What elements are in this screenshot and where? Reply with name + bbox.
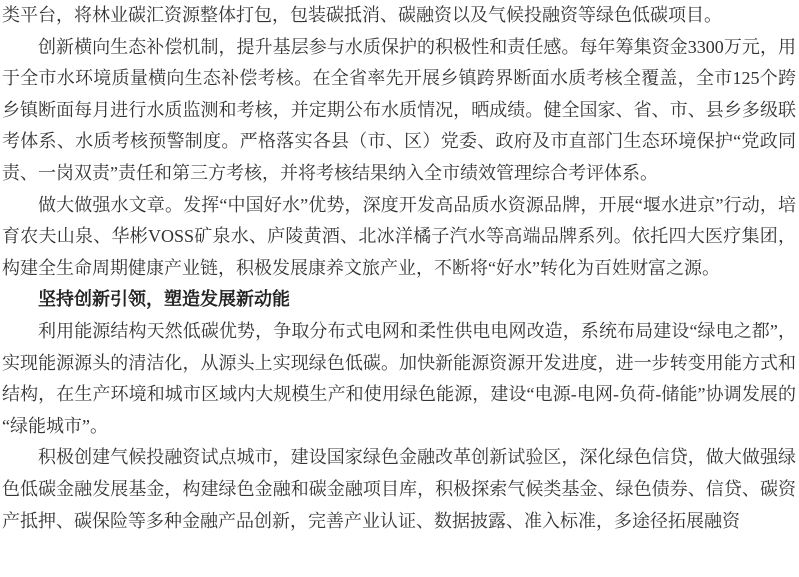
section-heading-innovation: 坚持创新引领，塑造发展新动能 (2, 284, 796, 316)
paragraph-green-energy: 利用能源结构天然低碳优势，争取分布式电网和柔性供电电网改造，系统布局建设“绿电之… (2, 316, 796, 442)
paragraph-water-industry: 做大做强水文章。发挥“中国好水”优势，深度开发高品质水资源品牌，开展“堰水进京”… (2, 190, 796, 285)
paragraph-carbon-platform-continuation: 类平台，将林业碳汇资源整体打包，包装碳抵消、碳融资以及气候投融资等绿色低碳项目。 (2, 0, 796, 32)
paragraph-green-finance: 积极创建气候投融资试点城市，建设国家绿色金融改革创新试验区，深化绿色信贷，做大做… (2, 442, 796, 537)
document-page: 类平台，将林业碳汇资源整体打包，包装碳抵消、碳融资以及气候投融资等绿色低碳项目。… (0, 0, 799, 577)
paragraph-eco-compensation: 创新横向生态补偿机制，提升基层参与水质保护的积极性和责任感。每年筹集资金3300… (2, 32, 796, 190)
